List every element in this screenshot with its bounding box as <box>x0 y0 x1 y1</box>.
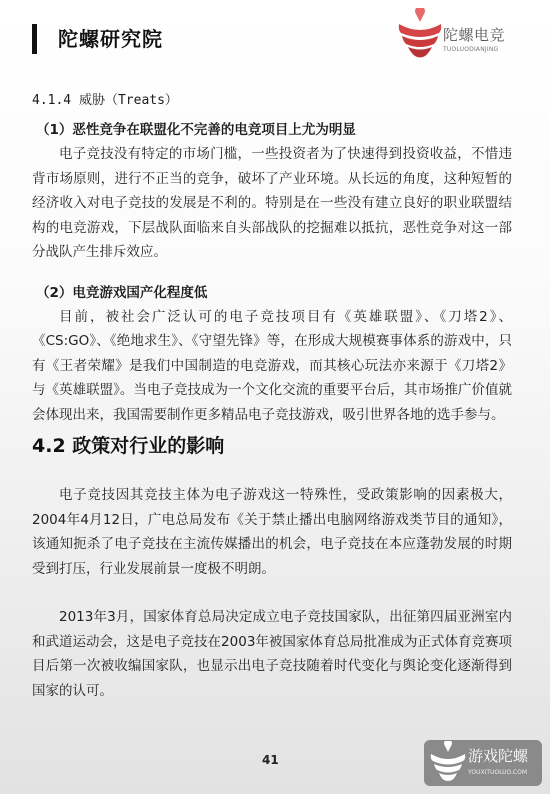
spinning-top-logo-icon <box>395 8 445 64</box>
header-accent-bar <box>32 24 37 54</box>
policy-paragraph-2: 2013年3月，国家体育总局决定成立电子竞技国家队，出征第四届亚洲室内和武道运动… <box>32 605 512 703</box>
logo-name-cn: 陀螺电竞 <box>443 26 505 44</box>
threat-item-1-paragraph: 电子竞技没有特定的市场门槛，一些投资者为了快速得到投资收益，不惜违背市场原则，进… <box>32 142 512 265</box>
watermark-badge: 游戏陀螺 YOUXITUOLUO.COM <box>424 740 542 786</box>
section-heading-policy: 4.2 政策对行业的影响 <box>32 433 512 459</box>
watermark-name-en: YOUXITUOLUO.COM <box>468 769 527 777</box>
header-title: 陀螺研究院 <box>58 24 163 54</box>
document-page: 陀螺研究院 陀螺电竞 TUOLUODIANJING 4.1.4 威胁（Treat… <box>0 0 550 794</box>
page-number: 41 <box>262 753 279 767</box>
content-body: 4.1.4 威胁（Treats） （1）恶性竞争在联盟化不完善的电竞项目上尤为明… <box>32 88 512 703</box>
spacer <box>32 459 512 483</box>
threat-item-1-title: （1）恶性竞争在联盟化不完善的电竞项目上尤为明显 <box>36 118 512 142</box>
section-heading-threats: 4.1.4 威胁（Treats） <box>32 88 512 114</box>
brand-logo: 陀螺电竞 TUOLUODIANJING <box>395 8 545 64</box>
threat-item-2-title: （2）电竞游戏国产化程度低 <box>36 281 512 305</box>
logo-name-en: TUOLUODIANJING <box>443 46 498 54</box>
spacer <box>32 581 512 605</box>
spinning-top-logo-icon <box>428 741 468 785</box>
policy-paragraph-1: 电子竞技因其竞技主体为电子游戏这一特殊性，受政策影响的因素极大，2004年4月1… <box>32 483 512 581</box>
spacer <box>32 265 512 281</box>
watermark-name-cn: 游戏陀螺 <box>468 747 528 765</box>
threat-item-2-paragraph: 目前，被社会广泛认可的电子竞技项目有《英雄联盟》、《刀塔2》、《CS:GO》、《… <box>32 305 512 428</box>
